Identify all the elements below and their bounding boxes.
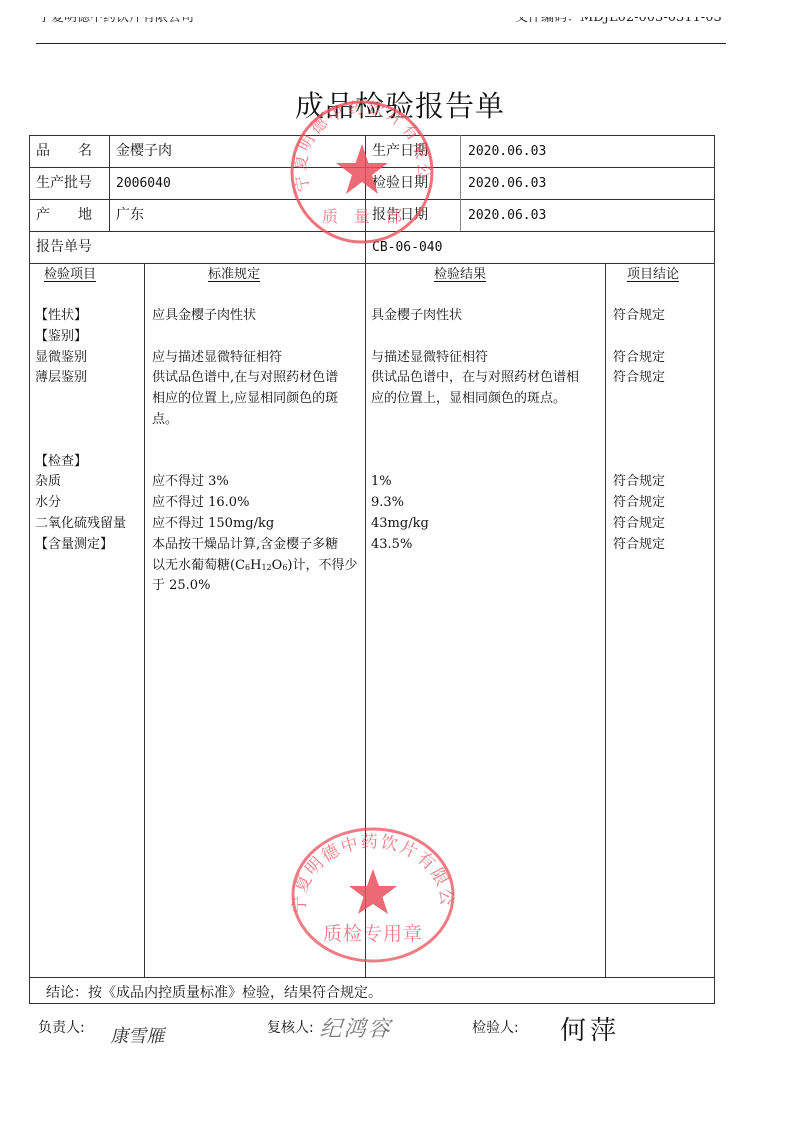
- test-item: 水分: [35, 493, 126, 514]
- test-item: [35, 576, 126, 597]
- spacer: [35, 431, 126, 452]
- header-rule-left: [36, 43, 240, 44]
- test-conclusion: 符合规定: [613, 348, 665, 369]
- header-company: 宁夏明德中药饮片有限公司: [38, 17, 194, 27]
- test-standard: 以无水葡萄糖(C6H12O6)计，不得少: [152, 556, 358, 577]
- test-item: 薄层鉴别: [35, 368, 126, 389]
- test-item: 【检查】: [35, 452, 126, 473]
- product-name-label: 品 名: [36, 143, 92, 159]
- test-result: 供试品色谱中，在与对照药材色谱相: [371, 368, 579, 389]
- col-header-item: 检验项目: [44, 267, 96, 283]
- test-result: [371, 576, 579, 597]
- test-item: [35, 389, 126, 410]
- test-conclusion: [613, 556, 665, 577]
- test-standard: 点。: [152, 410, 358, 431]
- prod-date-label: 生产日期: [372, 143, 428, 159]
- test-standard: 应不得过 150mg/kg: [152, 514, 358, 535]
- test-conclusion: 符合规定: [613, 514, 665, 535]
- test-result: [371, 556, 579, 577]
- col-header-result: 检验结果: [434, 267, 486, 283]
- inspector-signature: 何萍: [560, 1010, 620, 1047]
- test-item: [35, 410, 126, 431]
- col-header-standard: 标准规定: [208, 267, 260, 283]
- inspector-label: 检验人:: [472, 1017, 519, 1037]
- test-result: 43mg/kg: [371, 514, 579, 535]
- test-standard: [152, 327, 358, 348]
- test-standard: 于 25.0%: [152, 576, 358, 597]
- test-standard: [152, 452, 358, 473]
- header-doc-code: 文件编码：MDJL02-003-0311-03: [515, 17, 722, 27]
- test-conclusion: 符合规定: [613, 535, 665, 556]
- reviewer-signature: 纪鸿容: [317, 1012, 399, 1043]
- test-date-label: 检验日期: [372, 175, 428, 191]
- svg-text:质检专用章: 质检专用章: [323, 923, 423, 945]
- report-no-value: CB-06-040: [372, 240, 442, 256]
- report-date-label: 报告日期: [372, 207, 428, 223]
- batch-value: 2006040: [116, 176, 171, 192]
- test-result: 应的位置上，显相同颜色的斑点。: [371, 389, 579, 410]
- test-item: 【含量测定】: [35, 535, 126, 556]
- test-conclusion: 符合规定: [613, 306, 665, 327]
- test-standard: 供试品色谱中,在与对照药材色谱: [152, 368, 358, 389]
- origin-value: 广东: [116, 207, 144, 223]
- spacer: [152, 431, 358, 452]
- test-standard: 应不得过 16.0%: [152, 493, 358, 514]
- test-result: 与描述显微特征相符: [371, 348, 579, 369]
- test-date-value: 2020.06.03: [468, 176, 546, 192]
- final-conclusion: 结论：按《成品内控质量标准》检验，结果符合规定。: [46, 985, 382, 1001]
- test-conclusion: 符合规定: [613, 472, 665, 493]
- report-no-label: 报告单号: [36, 239, 92, 255]
- quality-inspection-stamp: 宁夏明德中药饮片有限公司 质检专用章: [288, 825, 458, 965]
- test-result: 9.3%: [371, 493, 579, 514]
- test-result: 43.5%: [371, 535, 579, 556]
- stamp-ring-text: 宁夏明德中药饮片有限公司: [288, 825, 457, 913]
- test-standard: 应不得过 3%: [152, 472, 358, 493]
- results-column: 具金樱子肉性状与描述显微特征相符供试品色谱中，在与对照药材色谱相应的位置上，显相…: [371, 306, 579, 597]
- report-date-value: 2020.06.03: [468, 208, 546, 224]
- test-conclusion: [613, 576, 665, 597]
- test-conclusion: [613, 452, 665, 473]
- test-standard: 相应的位置上,应显相同颜色的斑: [152, 389, 358, 410]
- test-result: 具金樱子肉性状: [371, 306, 579, 327]
- test-item: [35, 556, 126, 577]
- test-standard: 本品按干燥品计算,含金樱子多糖: [152, 535, 358, 556]
- prod-date-value: 2020.06.03: [468, 144, 546, 160]
- test-conclusion: 符合规定: [613, 368, 665, 389]
- responsible-label: 负责人:: [38, 1017, 85, 1037]
- test-item: 显微鉴别: [35, 348, 126, 369]
- page-title: 成品检验报告单: [0, 84, 800, 125]
- test-conclusion: [613, 327, 665, 348]
- test-result: 1%: [371, 472, 579, 493]
- test-item: 二氧化硫残留量: [35, 514, 126, 535]
- test-standard: 应具金樱子肉性状: [152, 306, 358, 327]
- conclusions-column: 符合规定符合规定符合规定符合规定符合规定符合规定符合规定: [613, 306, 665, 597]
- test-conclusion: [613, 389, 665, 410]
- col-header-conclusion: 项目结论: [627, 267, 679, 283]
- items-column: 【性状】【鉴别】显微鉴别薄层鉴别【检查】杂质水分二氧化硫残留量【含量测定】: [35, 306, 126, 597]
- test-standard: 应与描述显微特征相符: [152, 348, 358, 369]
- test-conclusion: 符合规定: [613, 493, 665, 514]
- test-item: 【鉴别】: [35, 327, 126, 348]
- test-conclusion: [613, 410, 665, 431]
- test-item: 杂质: [35, 472, 126, 493]
- spacer: [613, 431, 665, 452]
- test-result: [371, 452, 579, 473]
- origin-label: 产 地: [36, 207, 92, 223]
- header-rule-right: [240, 43, 726, 44]
- test-result: [371, 327, 579, 348]
- standards-column: 应具金樱子肉性状应与描述显微特征相符供试品色谱中,在与对照药材色谱相应的位置上,…: [152, 306, 358, 597]
- reviewer-label: 复核人:: [267, 1017, 314, 1037]
- svg-text:宁夏明德中药饮片有限公司: 宁夏明德中药饮片有限公司: [288, 825, 457, 913]
- test-item: 【性状】: [35, 306, 126, 327]
- batch-label: 生产批号: [36, 175, 92, 191]
- spacer: [371, 431, 579, 452]
- product-name-value: 金樱子肉: [116, 143, 172, 159]
- responsible-signature: 康雪雁: [109, 1022, 169, 1048]
- test-result: [371, 410, 579, 431]
